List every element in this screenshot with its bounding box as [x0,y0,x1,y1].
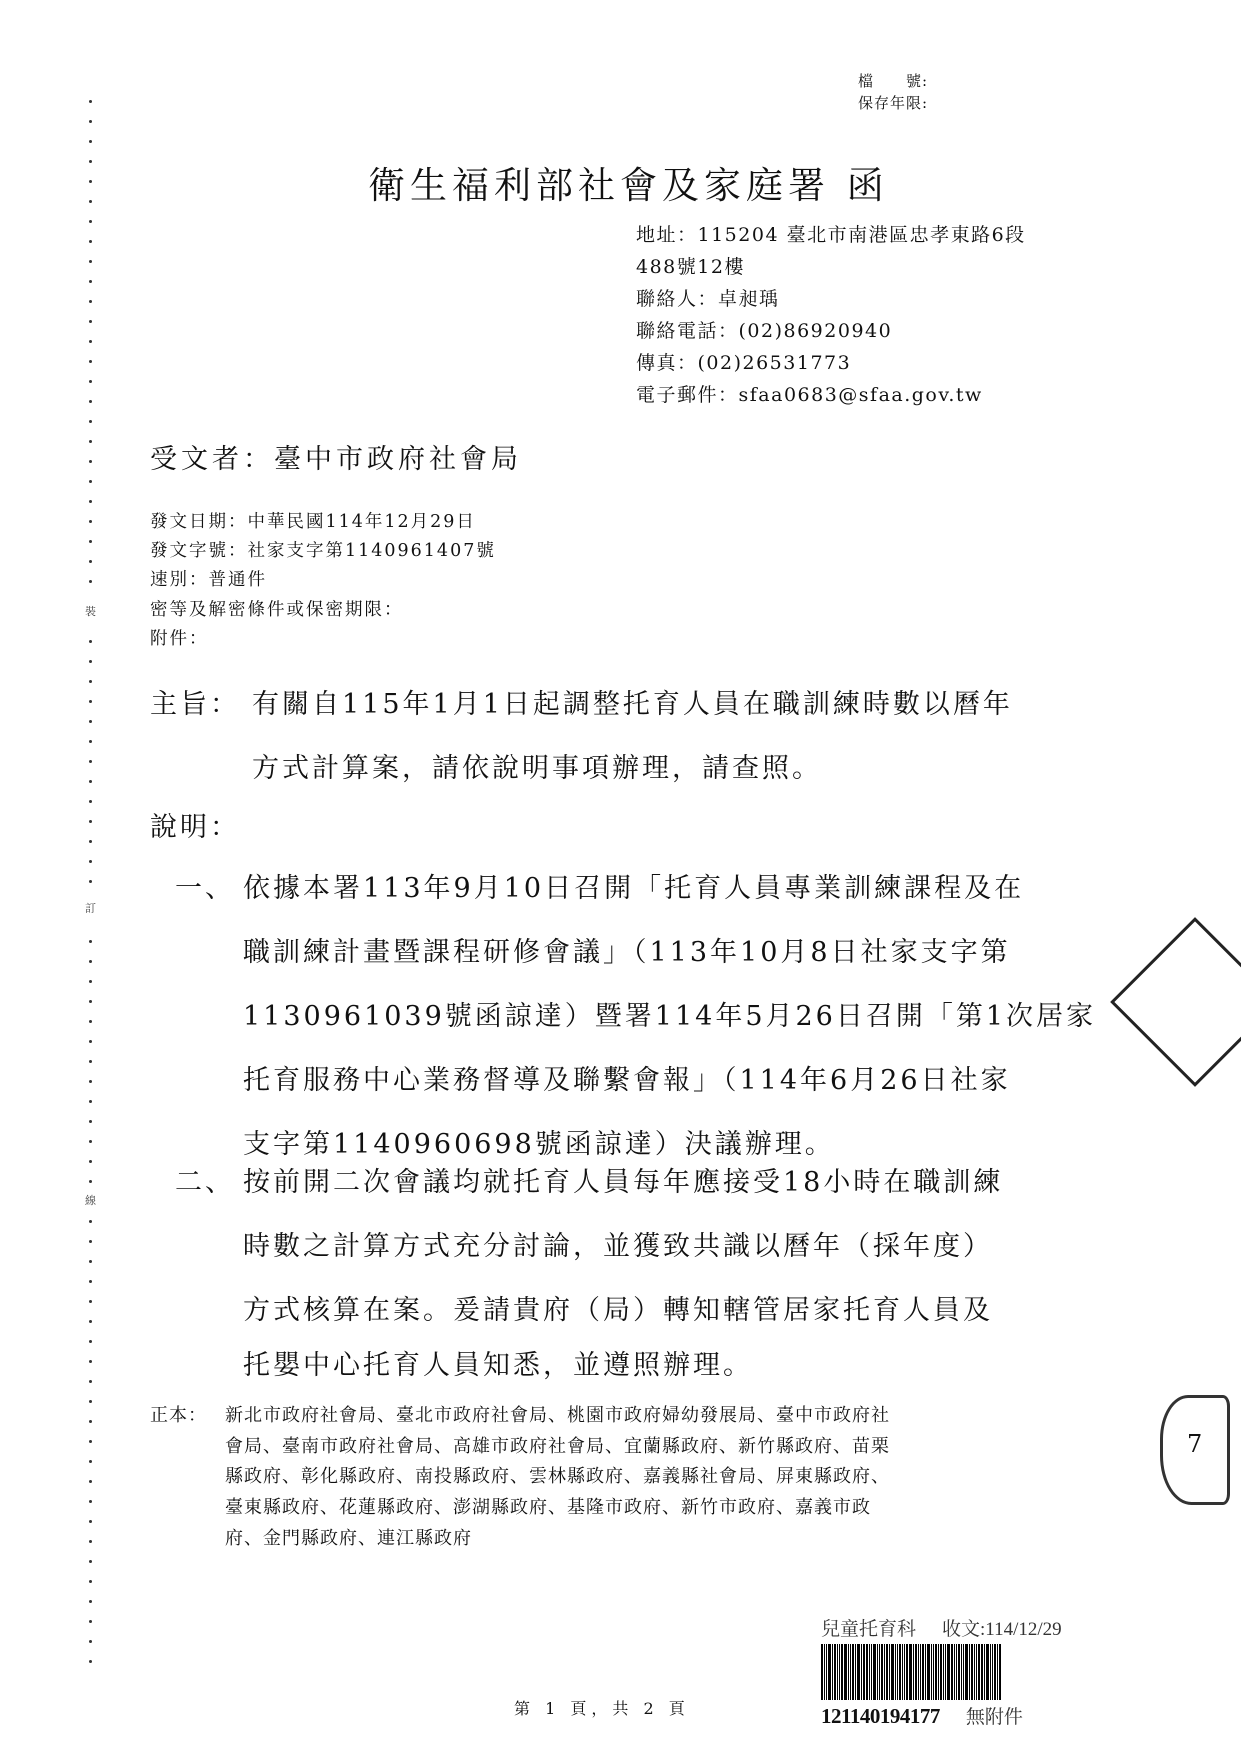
explanation-item-1-line: 依據本署113年9月10日召開「托育人員專業訓練課程及在 [243,866,1024,905]
margin-dot [89,160,92,163]
classification: 密等及解密條件或保密期限： [150,596,404,621]
margin-dot [89,1340,92,1343]
explanation-item-1-number: 一、 [175,866,235,905]
margin-dot [89,980,92,983]
margin-dot [89,1220,92,1223]
margin-dot [89,380,92,383]
margin-dot [89,800,92,803]
margin-dot [89,1400,92,1403]
margin-dot [89,1420,92,1423]
margin-dot [89,720,92,723]
margin-dot [89,560,92,563]
margin-dot [89,740,92,743]
margin-dot [89,1300,92,1303]
margin-dot [89,660,92,663]
contact-email: 電子郵件：sfaa0683@sfaa.gov.tw [636,380,983,407]
subject-line-1: 有關自115年1月1日起調整托育人員在職訓練時數以曆年 [252,682,1013,721]
explanation-item-2-line: 方式核算在案。爰請貴府（局）轉知轄管居家托育人員及 [243,1288,993,1327]
contact-phone: 聯絡電話：(02)86920940 [636,316,892,343]
contact-fax: 傳真：(02)26531773 [636,348,851,375]
margin-dot [89,1620,92,1623]
explanation-item-2-line: 托嬰中心托育人員知悉，並遵照辦理。 [243,1343,753,1382]
explanation-item-1-line: 托育服務中心業務督導及聯繫會報」（114年6月26日社家 [243,1058,1011,1097]
margin-dot [89,860,92,863]
margin-dot [89,440,92,443]
margin-dot [89,960,92,963]
margin-dot [89,360,92,363]
explanation-item-2-number: 二、 [175,1160,235,1199]
cc-line: 府、金門縣政府、連江縣政府 [225,1524,472,1550]
address-line-1: 地址：115204 臺北市南港區忠孝東路6段 [636,220,1026,247]
attachment-note: 無附件 [966,1702,1023,1729]
margin-dot [89,340,92,343]
margin-dot [89,1320,92,1323]
margin-dot [89,1460,92,1463]
margin-dot [89,1380,92,1383]
margin-dot [89,1540,92,1543]
subject-label: 主旨： [150,682,240,721]
cc-line: 縣政府、彰化縣政府、南投縣政府、雲林縣政府、嘉義縣社會局、屏東縣政府、 [225,1462,890,1488]
margin-dot [89,780,92,783]
explanation-label: 說明： [150,805,240,844]
margin-dot [89,200,92,203]
margin-dot [89,1120,92,1123]
cc-label: 正本： [150,1401,207,1427]
margin-dot [89,1280,92,1283]
document-number: 發文字號：社家支字第1140961407號 [150,537,496,562]
margin-dot [89,260,92,263]
explanation-item-1-line: 支字第1140960698號函諒達）決議辦理。 [243,1122,835,1161]
margin-label-staple: 訂 [85,900,96,916]
retention-period-label: 保存年限: [858,92,928,114]
receipt-barcode-block: 兒童托育科 收文:114/12/29 121140194177 無附件 [821,1618,1101,1729]
margin-dot [89,320,92,323]
attachments: 附件： [150,625,209,650]
cc-line: 會局、臺南市政府社會局、高雄市政府社會局、宜蘭縣政府、新竹縣政府、苗栗 [225,1432,890,1458]
explanation-item-2-line: 時數之計算方式充分討論，並獲致共識以曆年（採年度） [243,1224,993,1263]
margin-dot [89,1180,92,1183]
margin-label-bind: 裝 [85,603,96,619]
page-number: 第 1 頁，共 2 頁 [514,1696,690,1719]
margin-dot [89,1060,92,1063]
margin-dot [89,1600,92,1603]
margin-dot [89,1360,92,1363]
issue-date: 發文日期：中華民國114年12月29日 [150,508,476,533]
margin-dot [89,1000,92,1003]
margin-dot [89,680,92,683]
margin-dot [89,220,92,223]
margin-dot [89,1240,92,1243]
margin-dot [89,280,92,283]
margin-dot [89,700,92,703]
margin-dot [89,1100,92,1103]
seal-number: 7 [1187,1430,1202,1458]
contact-person: 聯絡人：卓昶瑀 [636,284,780,311]
margin-dot [89,1580,92,1583]
margin-dot [89,1520,92,1523]
address-line-2: 488號12樓 [636,252,745,279]
received-date: 收文:114/12/29 [942,1618,1062,1642]
margin-dot [89,820,92,823]
explanation-item-2-line: 按前開二次會議均就托育人員每年應接受18小時在職訓練 [243,1160,1003,1199]
margin-dot [89,300,92,303]
margin-dot [89,1440,92,1443]
cc-line: 臺東縣政府、花蓮縣政府、澎湖縣政府、基隆市政府、新竹市政府、嘉義市政 [225,1493,871,1519]
document-title: 衛生福利部社會及家庭署 函 [368,155,889,209]
margin-dot [89,640,92,643]
cc-line: 新北市政府社會局、臺北市政府社會局、桃園市政府婦幼發展局、臺中市政府社 [225,1401,890,1427]
margin-dot [89,1260,92,1263]
receiving-department: 兒童托育科 [821,1618,916,1642]
margin-dot [89,180,92,183]
margin-dot [89,1480,92,1483]
margin-dot [89,120,92,123]
margin-dot [89,1160,92,1163]
margin-dot [89,500,92,503]
margin-dot [89,1140,92,1143]
margin-dot [89,400,92,403]
margin-dot [89,460,92,463]
file-number-label: 檔 號: [858,70,928,92]
margin-dot [89,580,92,583]
margin-dot [89,100,92,103]
recipient: 受文者：臺中市政府社會局 [150,437,522,476]
margin-dot [89,480,92,483]
electronic-document-stamp-icon [1110,917,1241,1087]
margin-dot [89,140,92,143]
margin-dot [89,940,92,943]
margin-dot [89,840,92,843]
margin-dot [89,1080,92,1083]
barcode-icon [821,1644,1101,1700]
subject-line-2: 方式計算案，請依說明事項辦理，請查照。 [252,746,822,785]
margin-dot [89,1640,92,1643]
margin-dot [89,1500,92,1503]
margin-dot [89,240,92,243]
margin-dot [89,420,92,423]
priority: 速別：普通件 [150,566,267,591]
margin-dot [89,1020,92,1023]
barcode-number: 121140194177 [821,1704,940,1729]
margin-dot [89,760,92,763]
margin-label-line: 線 [85,1192,96,1208]
margin-dot [89,1560,92,1563]
margin-dot [89,880,92,883]
margin-dot [89,520,92,523]
margin-dot [89,1040,92,1043]
explanation-item-1-line: 職訓練計畫暨課程研修會議」（113年10月8日社家支字第 [243,930,1011,969]
margin-dot [89,540,92,543]
margin-dot [89,1660,92,1663]
explanation-item-1-line: 1130961039號函諒達）暨署114年5月26日召開「第1次居家 [243,994,1096,1033]
